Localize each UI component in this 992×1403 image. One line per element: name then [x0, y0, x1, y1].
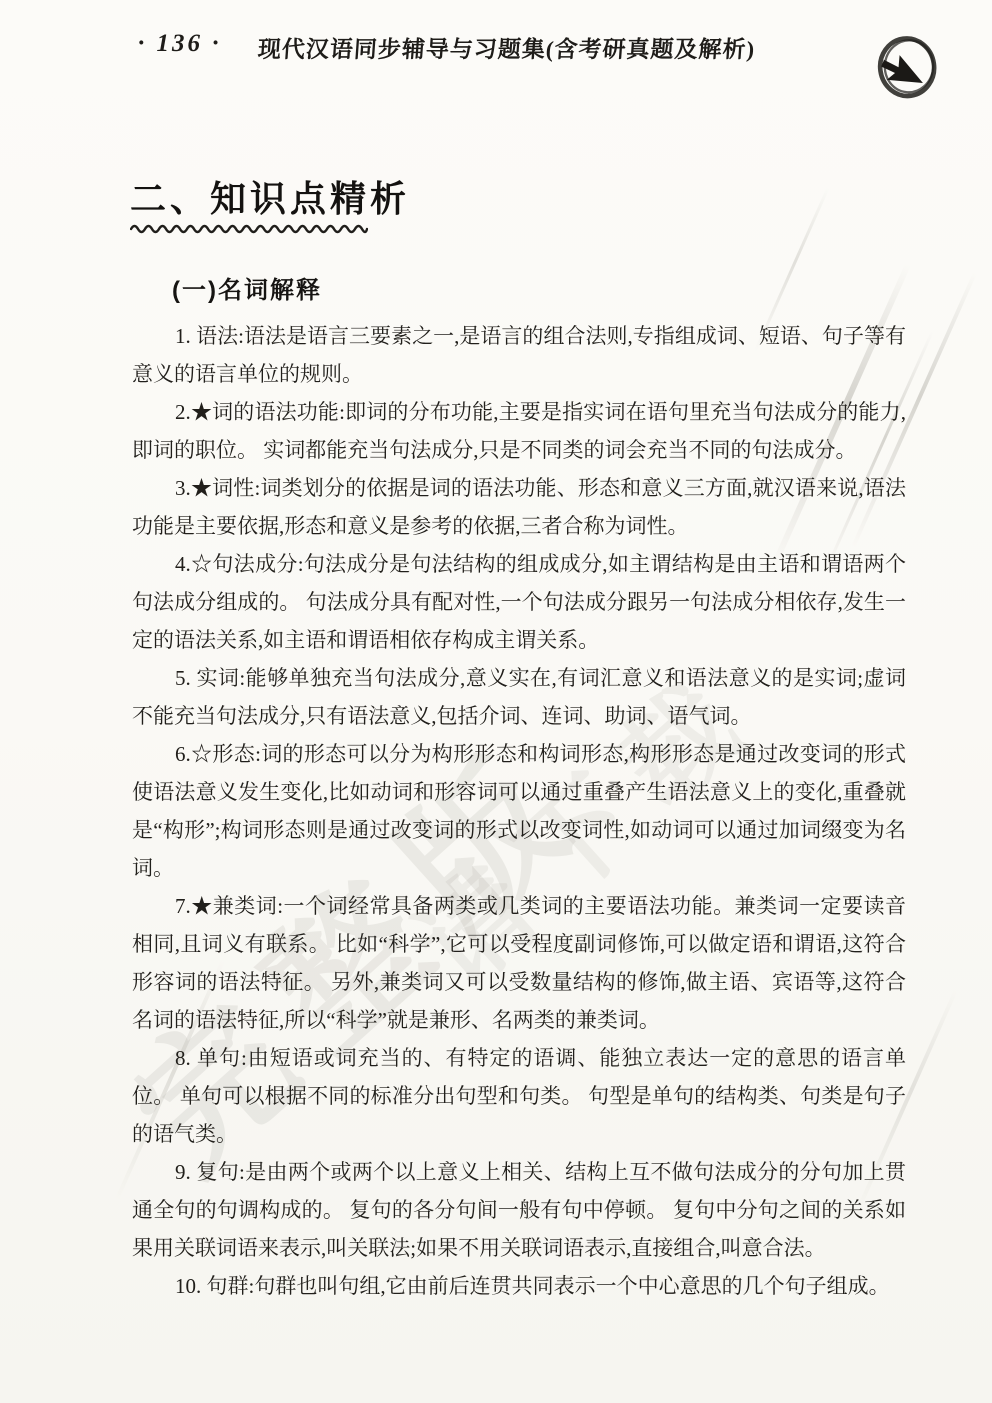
definition-item-5: 5. 实词:能够单独充当句法成分,意义实在,有词汇意义和语法意义的是实词;虚词不…	[132, 659, 906, 735]
definition-item-10: 10. 句群:句群也叫句组,它由前后连贯共同表示一个中心意思的几个句子组成。	[132, 1267, 906, 1305]
page-body: 二、知识点精析 (一)名词解释 1. 语法:语法是语言三要素之一,是语言的组合法…	[0, 117, 992, 1305]
definition-item-6: 6.☆形态:词的形态可以分为构形形态和构词形态,构形形态是通过改变词的形式使语法…	[132, 735, 906, 887]
definition-item-3: 3.★词性:词类划分的依据是词的语法功能、形态和意义三方面,就汉语来说,语法功能…	[132, 469, 906, 545]
page-number: · 136 ·	[138, 30, 222, 58]
definition-item-4: 4.☆句法成分:句法成分是句法结构的组成成分,如主谓结构是由主语和谓语两个句法成…	[132, 545, 906, 659]
wavy-underline	[130, 222, 368, 234]
book-title: 现代汉语同步辅导与习题集(含考研真题及解析)	[256, 31, 756, 64]
section-title: 二、知识点精析	[130, 179, 410, 219]
definition-item-1: 1. 语法:语法是语言三要素之一,是语言的组合法则,专指组成词、短语、句子等有意…	[132, 317, 906, 393]
definition-list: 1. 语法:语法是语言三要素之一,是语言的组合法则,专指组成词、短语、句子等有意…	[132, 317, 906, 1305]
definition-item-2: 2.★词的语法功能:即词的分布功能,主要是指实词在语句里充当句法成分的能力,即词…	[132, 393, 906, 469]
definition-item-8: 8. 单句:由短语或词充当的、有特定的语调、能独立表达一定的意思的语言单位。 单…	[132, 1039, 906, 1153]
book-page: 完整版 请下载 · 136 · 现代汉语同步辅导与习题集(含考研真题及解析) 二…	[0, 0, 992, 1403]
definition-item-7: 7.★兼类词:一个词经常具备两类或几类词的主要语法功能。兼类词一定要读音相同,且…	[132, 887, 906, 1039]
subsection-title: (一)名词解释	[172, 270, 906, 305]
page-header: · 136 · 现代汉语同步辅导与习题集(含考研真题及解析)	[0, 0, 992, 117]
definition-item-9: 9. 复句:是由两个或两个以上意义上相关、结构上互不做句法成分的分句加上贯通全句…	[132, 1153, 906, 1267]
circle-cursor-logo-icon	[870, 28, 948, 117]
